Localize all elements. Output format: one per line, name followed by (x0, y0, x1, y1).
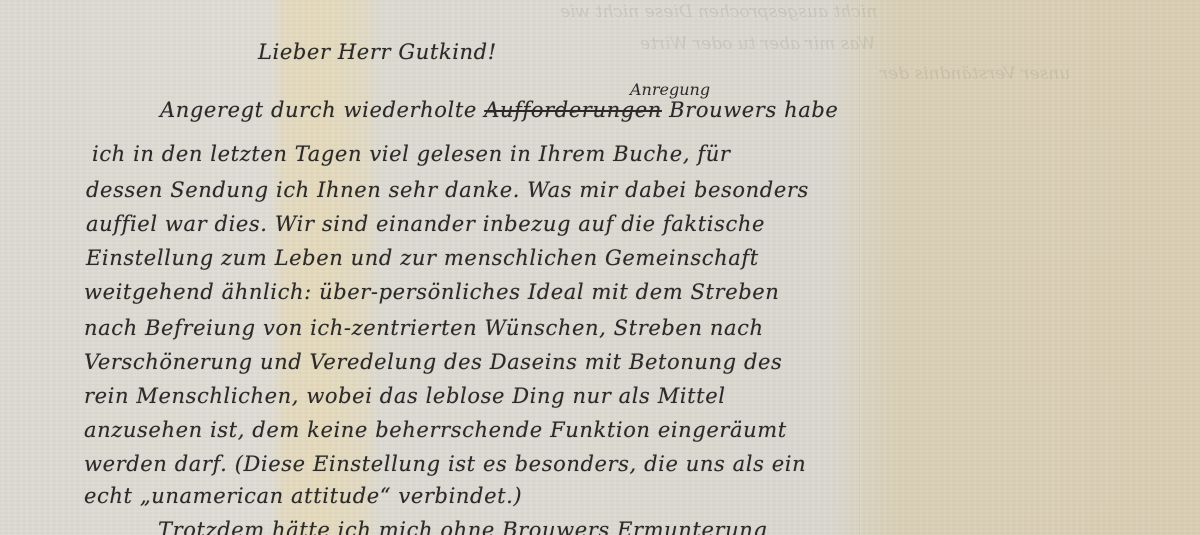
letter-line: nach Befreiung von ich-zentrierten Wünsc… (84, 316, 764, 340)
letter-line: ich in den letzten Tagen viel gelesen in… (92, 142, 731, 166)
letter-line: weitgehend ähnlich: über-persönliches Id… (84, 280, 779, 304)
line-text: Angeregt durch wiederholte (160, 98, 484, 122)
line-text: Brouwers habe (662, 98, 839, 122)
letter-line: echt „unamerican attitude“ verbindet.) (84, 484, 522, 508)
inserted-word: Anregung (630, 80, 710, 99)
letter-line: Verschönerung und Veredelung des Daseins… (84, 350, 782, 374)
letter-line: auffiel war dies. Wir sind einander inbe… (86, 212, 765, 236)
letter-line: werden darf. (Diese Einstellung ist es b… (84, 452, 806, 476)
letter-line: Trotzdem hätte ich mich ohne Brouwers Er… (158, 518, 767, 535)
salutation: Lieber Herr Gutkind! (258, 40, 497, 64)
letter-scan: nicht ausgesprochen Diese nicht wie Was … (0, 0, 1200, 535)
bleed-through-text: nicht ausgesprochen Diese nicht wie (560, 2, 877, 22)
letter-line: anzusehen ist, dem keine beherrschende F… (84, 418, 787, 442)
paper-fold (858, 0, 861, 535)
bleed-through-text: unser Verständnis der (880, 64, 1070, 84)
bleed-through-text: Was mir aber tu oder Wirte (640, 34, 875, 54)
struck-word: Aufforderungen (484, 98, 662, 122)
letter-line: rein Menschlichen, wobei das leblose Din… (84, 384, 726, 408)
letter-line: Angeregt durch wiederholte Aufforderunge… (160, 98, 838, 122)
letter-line: dessen Sendung ich Ihnen sehr danke. Was… (86, 178, 809, 202)
letter-line: Einstellung zum Leben und zur menschlich… (86, 246, 759, 270)
